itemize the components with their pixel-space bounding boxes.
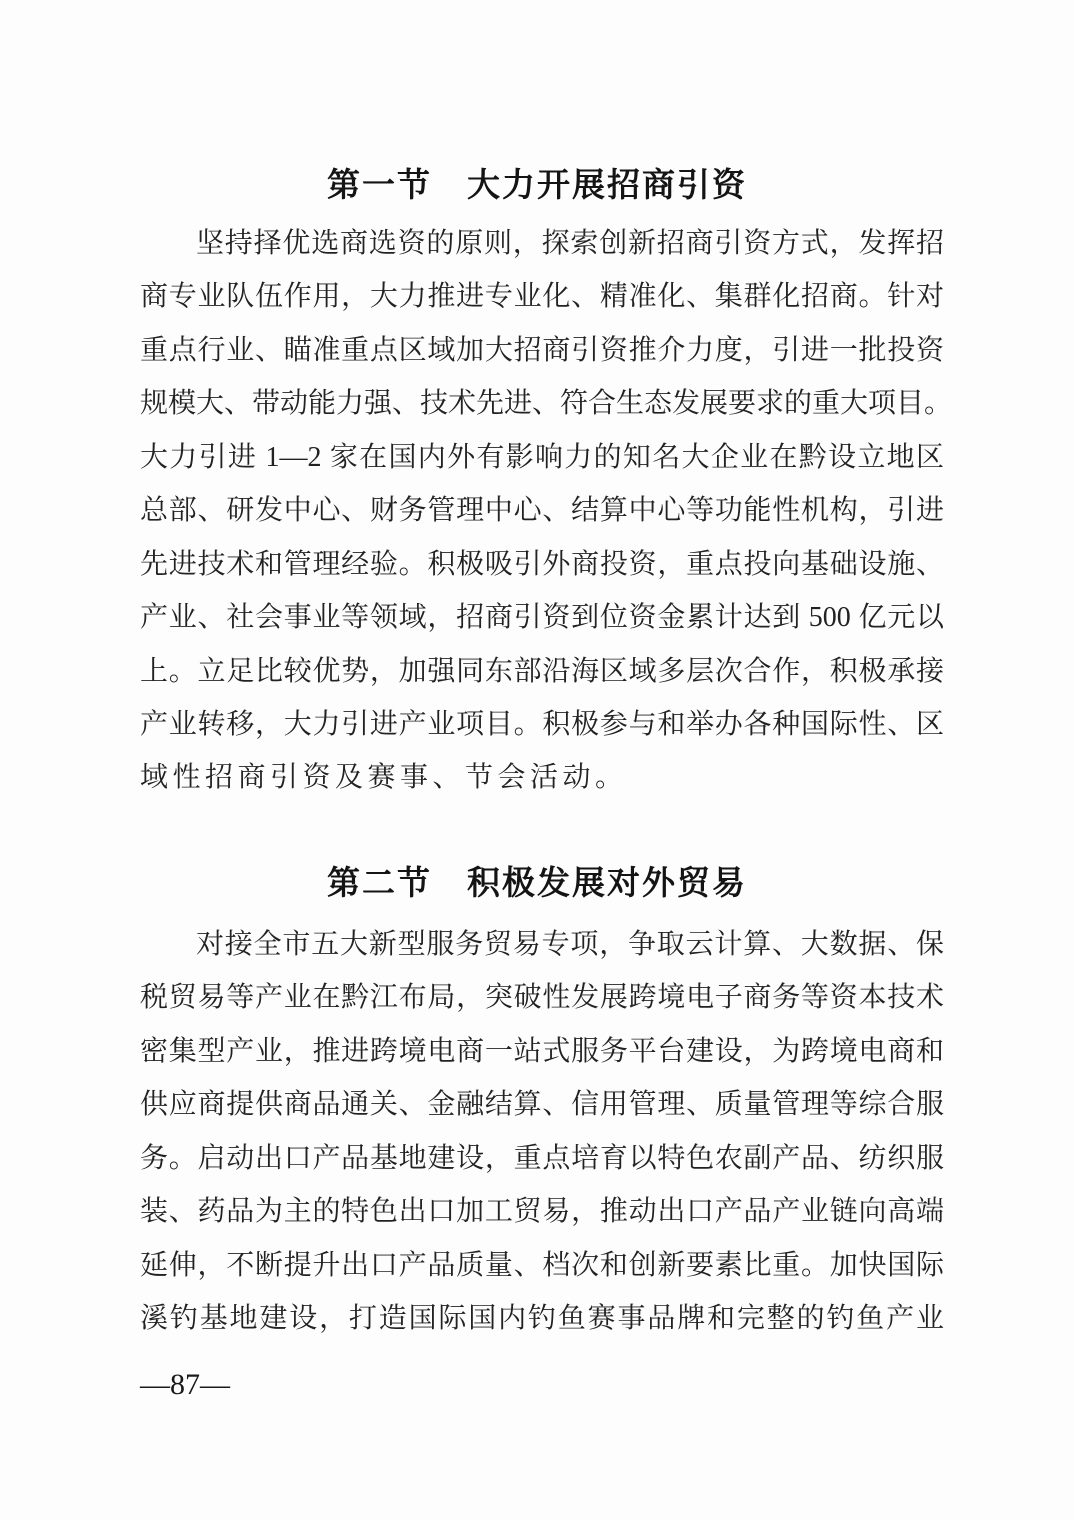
text-line: 密集型产业，推进跨境电商一站式服务平台建设，为跨境电商和	[140, 1025, 944, 1078]
text-line: 坚持择优选商选资的原则，探索创新招商引资方式，发挥招	[140, 217, 944, 270]
text-line: 商专业队伍作用，大力推进专业化、精准化、集群化招商。针对	[140, 270, 944, 323]
text-line: 产业、社会事业等领域，招商引资到位资金累计达到 500 亿元以	[140, 591, 944, 644]
text-line: 对接全市五大新型服务贸易专项，争取云计算、大数据、保	[140, 918, 944, 971]
document-page: 第一节 大力开展招商引资 坚持择优选商选资的原则，探索创新招商引资方式，发挥招 …	[0, 0, 1074, 1520]
section-1-heading: 第一节 大力开展招商引资	[0, 160, 1074, 213]
text-line: 装、药品为主的特色出口加工贸易，推动出口产品产业链向高端	[140, 1185, 944, 1238]
section-2-paragraph: 对接全市五大新型服务贸易专项，争取云计算、大数据、保 税贸易等产业在黔江布局，突…	[140, 918, 944, 1346]
text-line: 税贸易等产业在黔江布局，突破性发展跨境电子商务等资本技术	[140, 971, 944, 1024]
text-line: 域性招商引资及赛事、节会活动。	[140, 751, 944, 804]
page-number: —87—	[140, 1358, 230, 1411]
text-line: 规模大、带动能力强、技术先进、符合生态发展要求的重大项目。	[140, 377, 944, 430]
text-line: 务。启动出口产品基地建设，重点培育以特色农副产品、纺织服	[140, 1132, 944, 1185]
section-1-paragraph: 坚持择优选商选资的原则，探索创新招商引资方式，发挥招 商专业队伍作用，大力推进专…	[140, 217, 944, 805]
section-2-heading: 第二节 积极发展对外贸易	[0, 858, 1074, 911]
text-line: 溪钓基地建设，打造国际国内钓鱼赛事品牌和完整的钓鱼产业	[140, 1292, 944, 1345]
text-line: 延伸，不断提升出口产品质量、档次和创新要素比重。加快国际	[140, 1239, 944, 1292]
text-line: 总部、研发中心、财务管理中心、结算中心等功能性机构，引进	[140, 484, 944, 537]
text-line: 大力引进 1—2 家在国内外有影响力的知名大企业在黔设立地区	[140, 431, 944, 484]
text-line: 重点行业、瞄准重点区域加大招商引资推介力度，引进一批投资	[140, 324, 944, 377]
text-line: 产业转移，大力引进产业项目。积极参与和举办各种国际性、区	[140, 698, 944, 751]
text-line: 先进技术和管理经验。积极吸引外商投资，重点投向基础设施、	[140, 538, 944, 591]
text-line: 上。立足比较优势，加强同东部沿海区域多层次合作，积极承接	[140, 645, 944, 698]
text-line: 供应商提供商品通关、金融结算、信用管理、质量管理等综合服	[140, 1078, 944, 1131]
